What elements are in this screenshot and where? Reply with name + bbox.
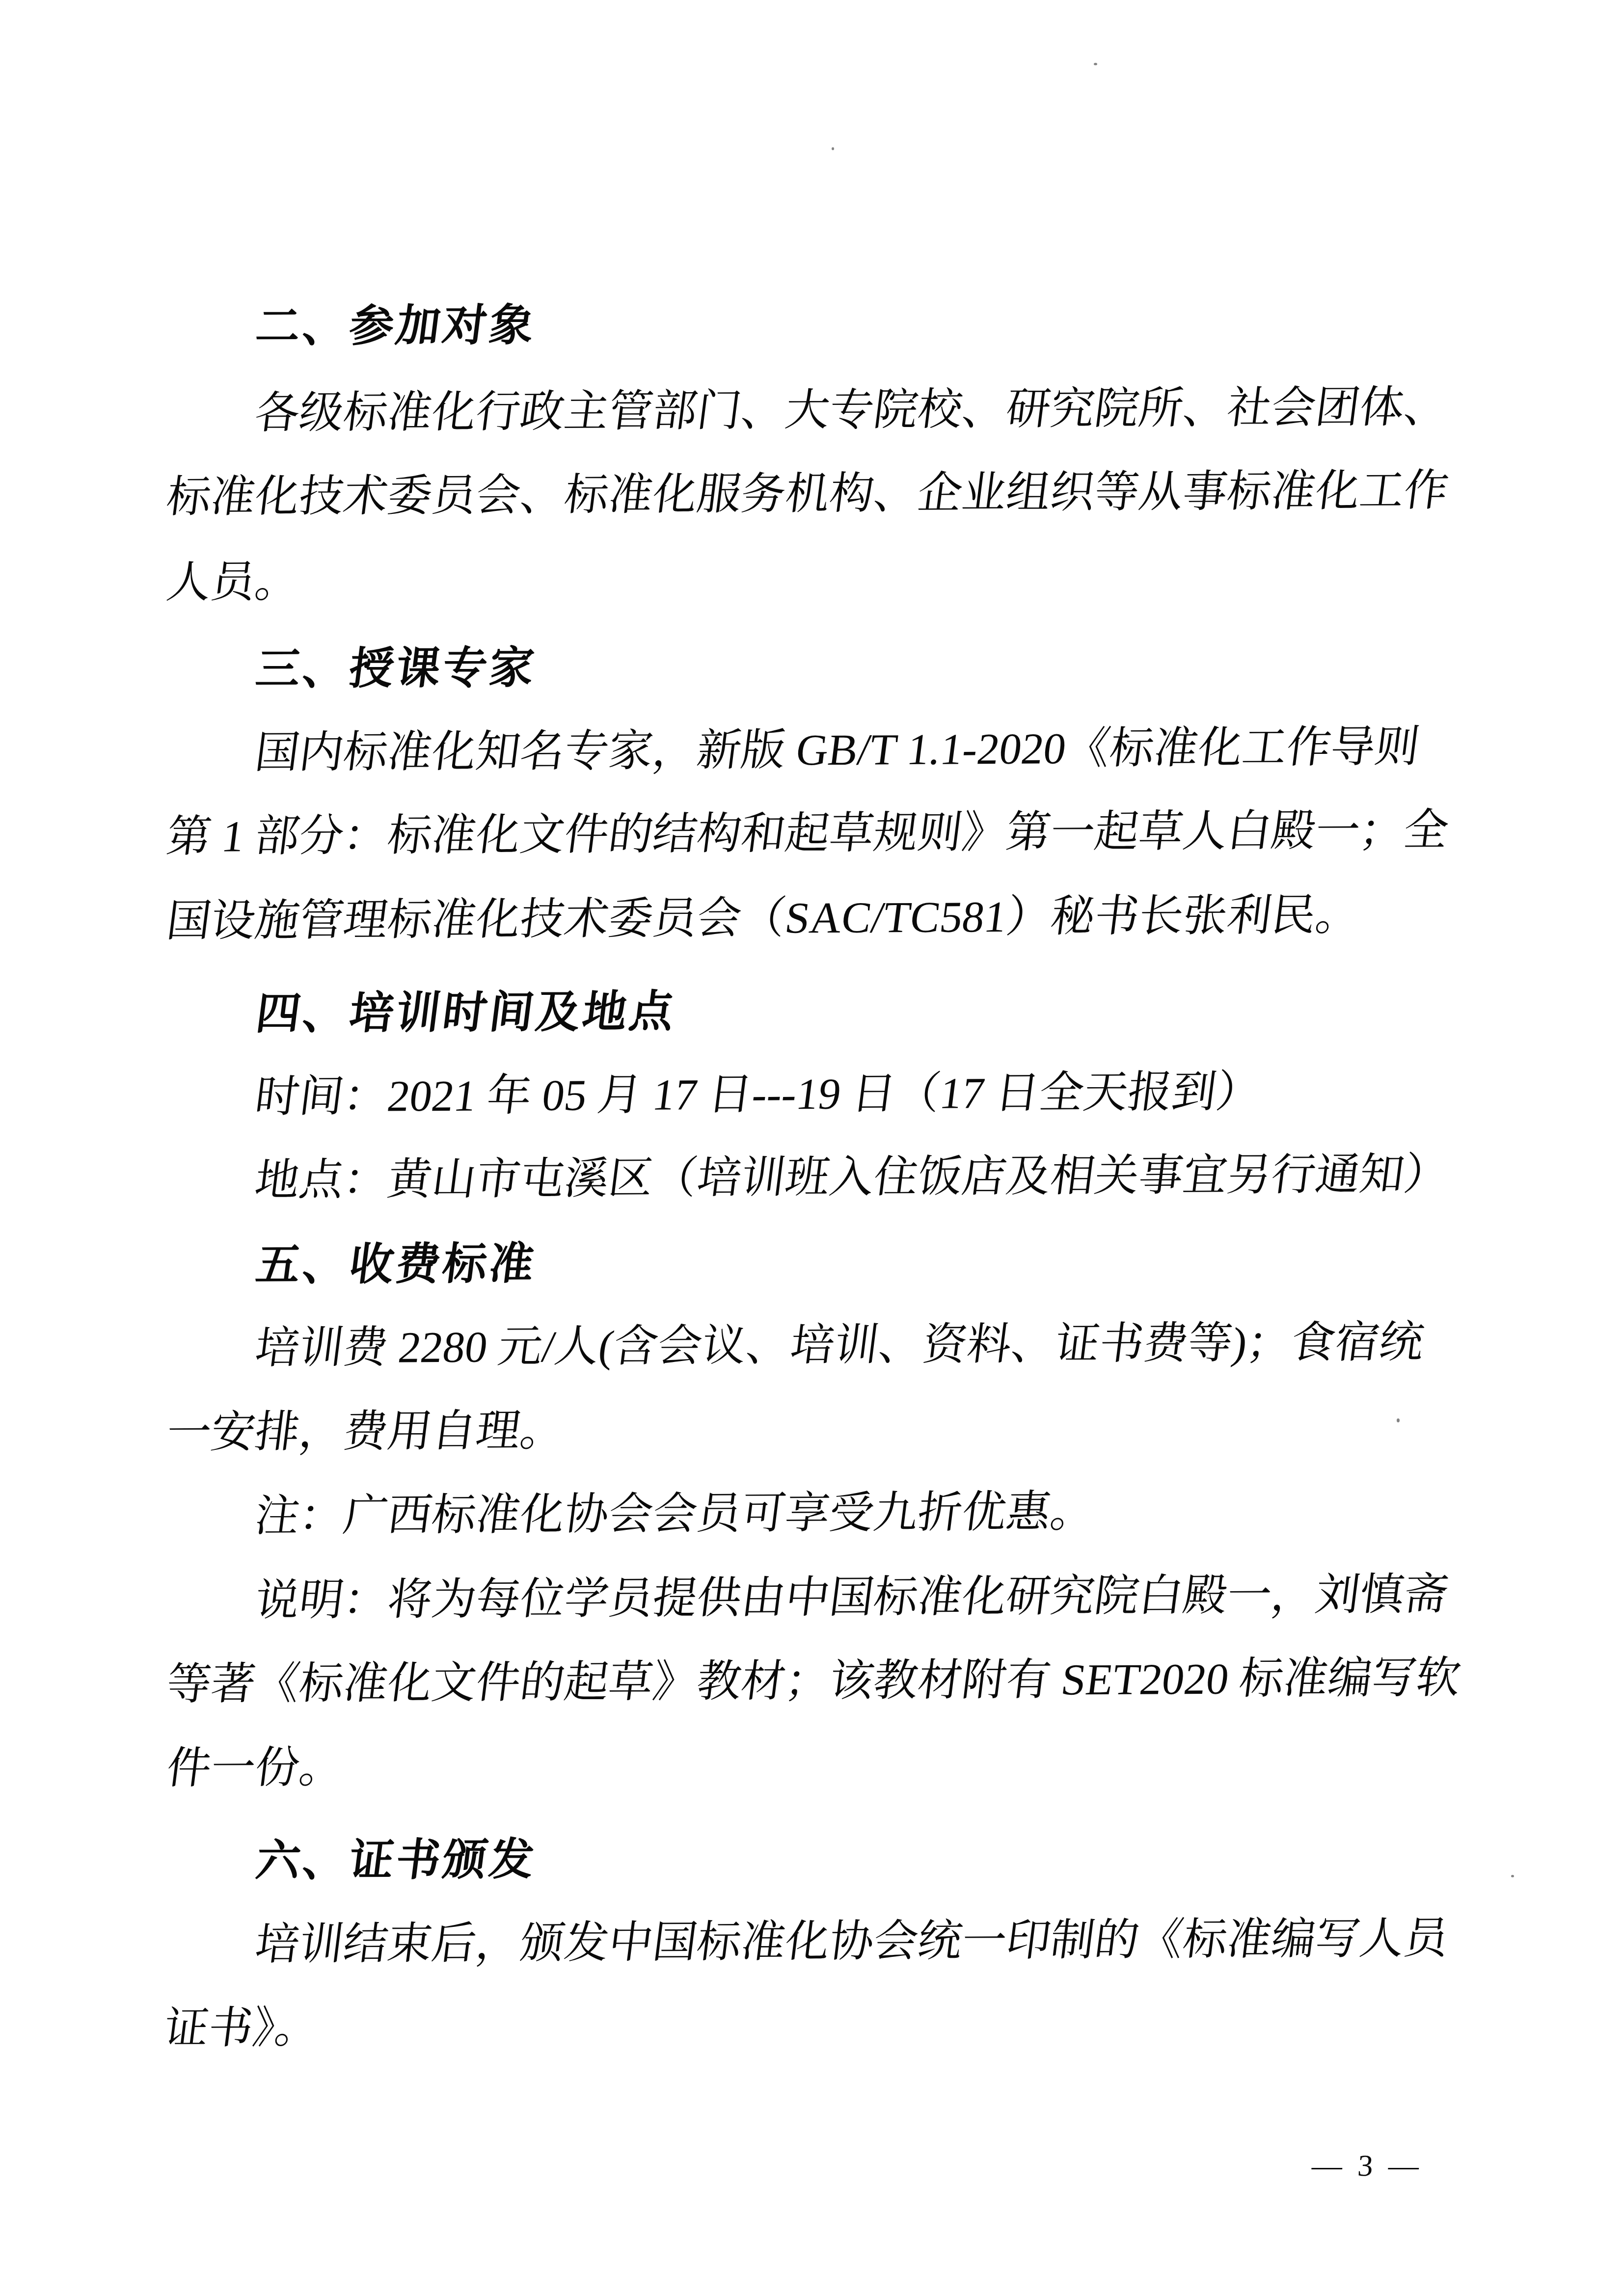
participants-line-3: 人员。 bbox=[164, 559, 302, 607]
section-6-heading: 六、证书颁发 bbox=[253, 1836, 539, 1885]
fee-line-2: 一安排，费用自理。 bbox=[164, 1408, 568, 1457]
scan-speck bbox=[1397, 1418, 1400, 1422]
certificate-line-1: 培训结束后，颁发中国标准化协会统一印制的《标准编写人员 bbox=[252, 1915, 1451, 1969]
remark-line-3: 件一份。 bbox=[164, 1744, 347, 1792]
page-number: — 3 — bbox=[1311, 2149, 1424, 2184]
lecturers-line-2: 第 1 部分：标准化文件的结构和起草规则》第一起草人白殿一；全 bbox=[164, 807, 1451, 861]
participants-line-1: 各级标准化行政主管部门、大专院校、研究院所、社会团体、 bbox=[252, 384, 1451, 437]
participants-line-2: 标准化技术委员会、标准化服务机构、企业组织等从事标准化工作 bbox=[164, 467, 1451, 521]
section-3-heading: 三、授课专家 bbox=[253, 644, 539, 693]
note-line: 注：广西标准化协会会员可享受九折优惠。 bbox=[252, 1489, 1098, 1540]
scan-speck bbox=[832, 147, 834, 150]
location-line: 地点：黄山市屯溪区（培训班入住饭店及相关事宜另行通知） bbox=[252, 1151, 1451, 1204]
section-2-heading: 二、参加对象 bbox=[253, 302, 539, 350]
document-page: 二、参加对象 各级标准化行政主管部门、大专院校、研究院所、社会团体、 标准化技术… bbox=[0, 0, 1623, 2296]
remark-line-2: 等著《标准化文件的起草》教材；该教材附有 SET2020 标准编写软 bbox=[164, 1655, 1463, 1709]
fee-line-1: 培训费 2280 元/人(含会议、培训、资料、证书费等)；食宿统 bbox=[252, 1319, 1427, 1373]
section-4-heading: 四、培训时间及地点 bbox=[253, 988, 679, 1038]
remark-line-1: 说明：将为每位学员提供由中国标准化研究院白殿一，刘慎斋 bbox=[252, 1571, 1451, 1625]
scan-speck bbox=[1511, 1875, 1514, 1877]
section-5-heading: 五、收费标准 bbox=[253, 1240, 539, 1289]
lecturers-line-3: 国设施管理标准化技术委员会（SAC/TC581）秘书长张利民。 bbox=[164, 892, 1363, 945]
lecturers-line-1: 国内标准化知名专家，新版 GB/T 1.1-2020《标准化工作导则 bbox=[252, 724, 1422, 777]
scan-speck bbox=[1094, 63, 1097, 65]
time-line: 时间：2021 年 05 月 17 日---19 日（17 日全天报到） bbox=[252, 1068, 1264, 1121]
certificate-line-2: 证书》。 bbox=[162, 2004, 322, 2053]
